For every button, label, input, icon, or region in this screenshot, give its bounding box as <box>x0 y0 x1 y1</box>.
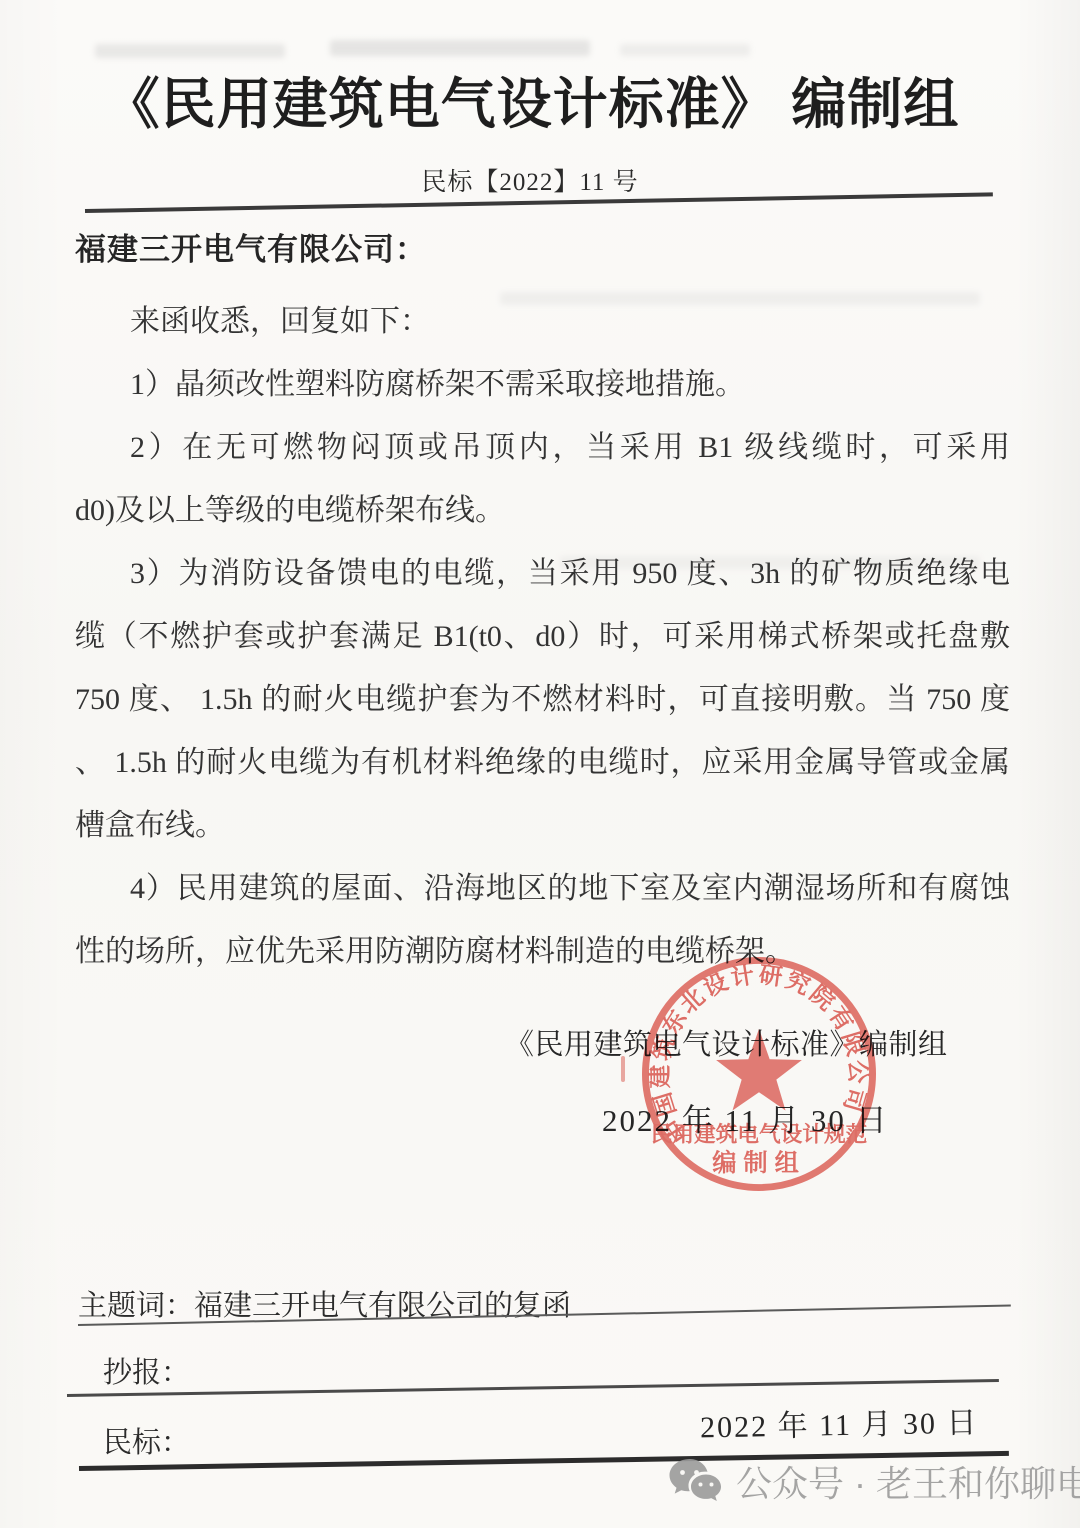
document-number: 民标【2022】11 号 <box>0 162 1060 198</box>
recipient-line: 福建三开电气有限公司： <box>75 224 427 269</box>
body-line: d0)及以上等级的电缆桥架布线。 <box>75 479 1010 542</box>
cc-label: 抄报： <box>103 1350 190 1391</box>
body-line: 、 1.5h 的耐火电缆为有机材料绝缘的电缆时，应采用金属导管或金属 <box>75 731 1010 794</box>
body-line: 4）民用建筑的屋面、沿海地区的地下室及室内潮湿场所和有腐蚀 <box>75 857 1010 920</box>
bleed-through-artifact <box>95 44 285 58</box>
subject-label: 主题词： <box>78 1290 194 1322</box>
seal-center-line1: 民用建筑电气设计规范 <box>651 1122 868 1147</box>
body-line: 槽盒布线。 <box>75 794 1010 857</box>
bleed-through-artifact <box>620 44 750 56</box>
issue-label: 民标： <box>103 1420 190 1461</box>
seal-star <box>716 1029 802 1111</box>
body-line: 来函收悉，回复如下： <box>75 290 1010 353</box>
cc-divider-line <box>67 1379 999 1397</box>
body-line: 缆（不燃护套或护套满足 B1(t0、d0）时，可采用梯式桥架或托盘敷设。 <box>75 605 1010 668</box>
scanned-letter-page: 《民用建筑电气设计标准》 编制组 民标【2022】11 号 福建三开电气有限公司… <box>0 0 1080 1528</box>
watermark-text: 公众号 · 老王和你聊电气 <box>736 1456 1080 1507</box>
seal-center-line2: 编制组 <box>712 1149 806 1177</box>
wechat-watermark: 公众号 · 老王和你聊电气 <box>668 1456 1080 1507</box>
body-line: 3）为消防设备馈电的电缆，当采用 950 度、3h 的矿物质绝缘电 <box>75 542 1010 605</box>
issue-date: 2022 年 11 月 30 日 <box>700 1398 979 1447</box>
body-line: 750 度、 1.5h 的耐火电缆护套为不燃材料时，可直接明敷。当 750 度 <box>75 668 1010 731</box>
letterhead-title: 《民用建筑电气设计标准》 编制组 <box>0 60 1064 139</box>
body-line: 1）晶须改性塑料防腐桥架不需采取接地措施。 <box>75 353 1010 416</box>
stamp-ink-artifact <box>621 1056 625 1082</box>
body-line: 2）在无可燃物闷顶或吊顶内，当采用 B1 级线缆时，可采用 B1(t0、 <box>75 416 1010 479</box>
bleed-through-artifact <box>330 40 590 56</box>
letter-body: 来函收悉，回复如下： 1）晶须改性塑料防腐桥架不需采取接地措施。 2）在无可燃物… <box>75 290 1010 983</box>
official-red-seal: 中国建筑东北设计研究院有限公司 民用建筑电气设计规范 编制组 <box>629 944 889 1204</box>
wechat-icon <box>668 1457 726 1507</box>
